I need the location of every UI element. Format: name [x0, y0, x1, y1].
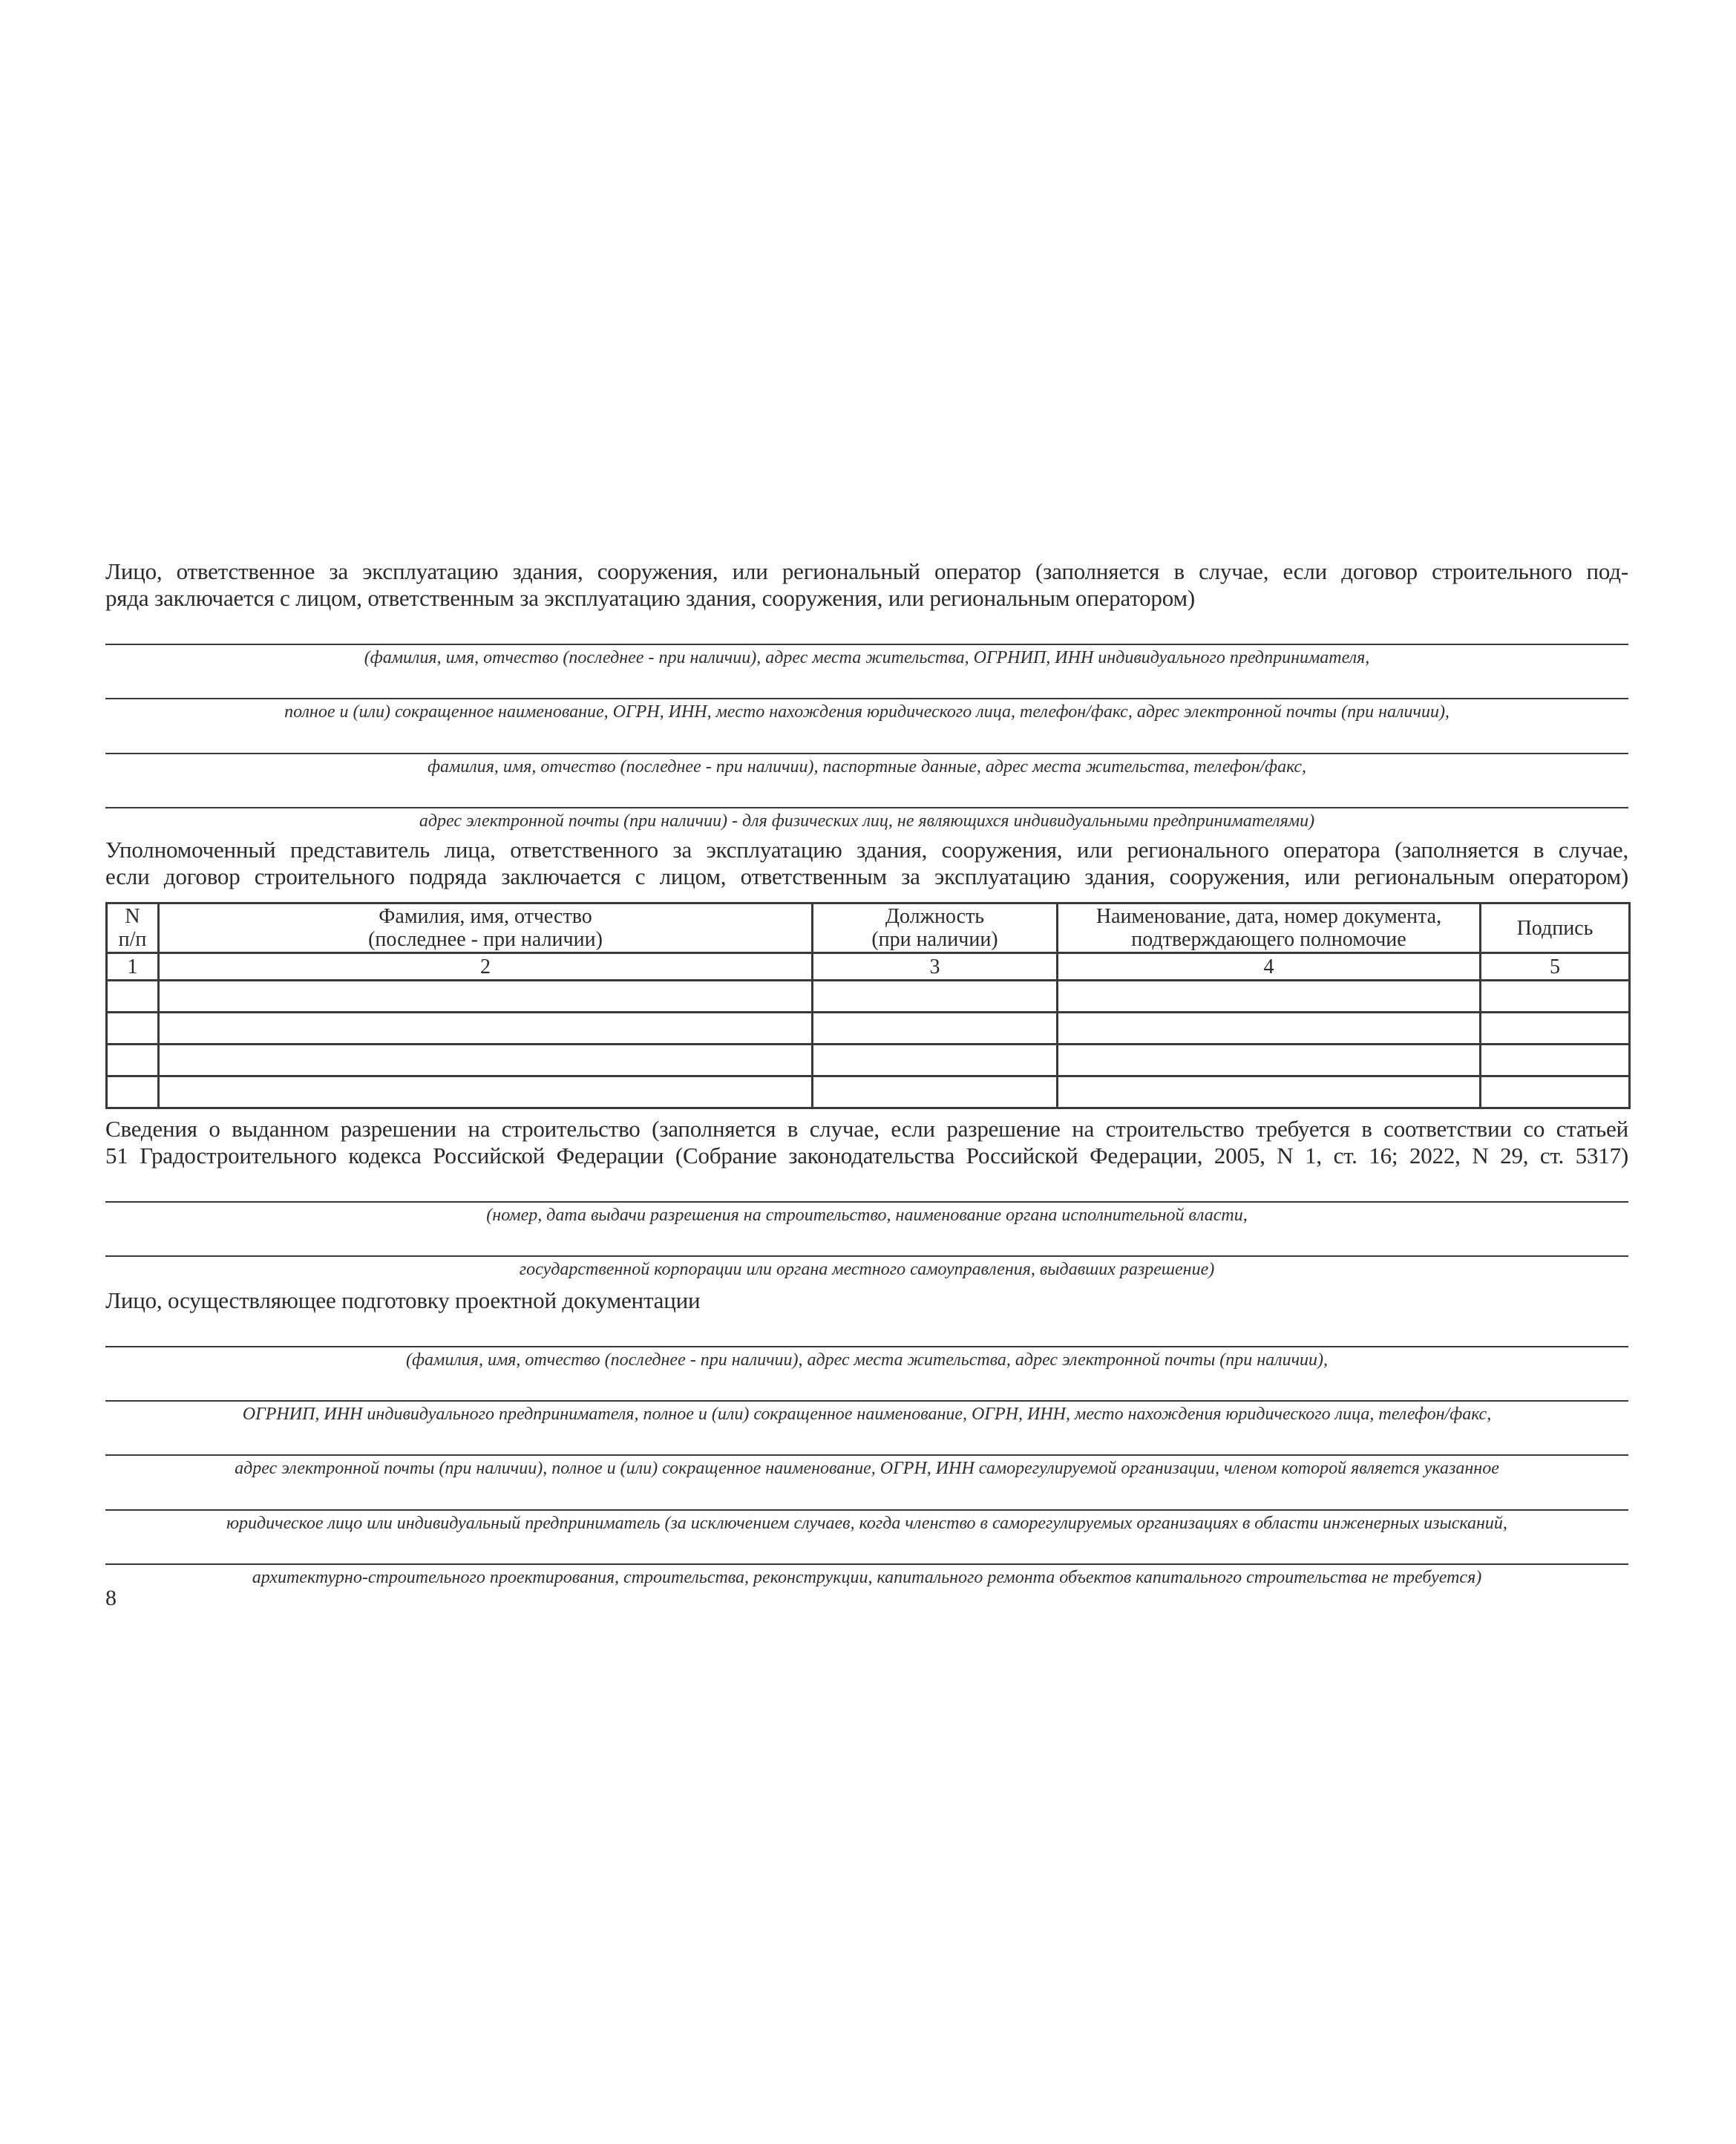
table-cell[interactable]: [1481, 981, 1630, 1013]
table-cell[interactable]: [159, 1045, 813, 1076]
operator-section-heading: Лицо, ответственное за эксплуатацию здан…: [105, 558, 1628, 612]
operator-fill-line-3[interactable]: [105, 753, 1628, 754]
table-header-row: N п/п Фамилия, имя, отчество (последнее …: [107, 903, 1630, 953]
table-cell[interactable]: [107, 1076, 159, 1108]
table-row: [107, 981, 1630, 1013]
permit-fill-line-1[interactable]: [105, 1201, 1628, 1203]
table-cell[interactable]: [813, 1045, 1058, 1076]
permit-fill-line-2[interactable]: [105, 1255, 1628, 1257]
designer-caption-1: (фамилия, имя, отчество (последнее - при…: [105, 1350, 1628, 1370]
table-cell[interactable]: [107, 1013, 159, 1045]
table-row: [107, 1076, 1630, 1108]
heading-line: Лицо, осуществляющее подготовку проектно…: [105, 1287, 1628, 1314]
heading-line: Сведения о выданном разрешении на строит…: [105, 1116, 1628, 1143]
column-number: 4: [1058, 953, 1481, 981]
designer-caption-4: юридическое лицо или индивидуальный пред…: [105, 1513, 1628, 1534]
designer-section-heading: Лицо, осуществляющее подготовку проектно…: [105, 1287, 1628, 1314]
table-cell[interactable]: [1481, 1013, 1630, 1045]
column-number-row: 1 2 3 4 5: [107, 953, 1630, 981]
designer-fill-line-1[interactable]: [105, 1346, 1628, 1347]
column-number: 2: [159, 953, 813, 981]
designer-fill-line-4[interactable]: [105, 1509, 1628, 1511]
operator-fill-line-1[interactable]: [105, 644, 1628, 645]
column-number: 5: [1481, 953, 1630, 981]
header-cell-authority-document: Наименование, дата, номер документа, под…: [1058, 903, 1481, 953]
designer-caption-2: ОГРНИП, ИНН индивидуального предпринимат…: [105, 1404, 1628, 1425]
designer-caption-3: адрес электронной почты (при наличии), п…: [105, 1458, 1628, 1479]
table-cell[interactable]: [107, 981, 159, 1013]
permit-section-heading: Сведения о выданном разрешении на строит…: [105, 1116, 1628, 1169]
operator-caption-3: фамилия, имя, отчество (последнее - при …: [105, 756, 1628, 777]
table-cell[interactable]: [813, 981, 1058, 1013]
table-cell[interactable]: [1058, 1013, 1481, 1045]
table-cell[interactable]: [1058, 1076, 1481, 1108]
table-cell[interactable]: [813, 1076, 1058, 1108]
permit-caption-1: (номер, дата выдачи разрешения на строит…: [105, 1205, 1628, 1226]
operator-caption-4: адрес электронной почты (при наличии) - …: [105, 811, 1628, 831]
header-cell-position: Должность (при наличии): [813, 903, 1058, 953]
table-cell[interactable]: [813, 1013, 1058, 1045]
heading-line: если договор строительного подряда заклю…: [105, 863, 1628, 890]
designer-caption-5: архитектурно-строительного проектировани…: [105, 1567, 1628, 1588]
operator-fill-line-2[interactable]: [105, 698, 1628, 699]
column-number: 3: [813, 953, 1058, 981]
representative-table: N п/п Фамилия, имя, отчество (последнее …: [105, 902, 1631, 1109]
designer-fill-line-5[interactable]: [105, 1563, 1628, 1565]
heading-line: 51 Градостроительного кодекса Российской…: [105, 1143, 1628, 1169]
column-number: 1: [107, 953, 159, 981]
table-row: [107, 1013, 1630, 1045]
designer-fill-line-3[interactable]: [105, 1454, 1628, 1456]
permit-caption-2: государственной корпорации или органа ме…: [105, 1259, 1628, 1280]
representative-section-heading: Уполномоченный представитель лица, ответ…: [105, 837, 1628, 890]
table-cell[interactable]: [107, 1045, 159, 1076]
table-cell[interactable]: [1058, 1045, 1481, 1076]
table-cell[interactable]: [1481, 1045, 1630, 1076]
page-number: 8: [105, 1586, 117, 1611]
header-cell-signature: Подпись: [1481, 903, 1630, 953]
heading-line: ряда заключается с лицом, ответственным …: [105, 585, 1628, 612]
heading-line: Уполномоченный представитель лица, ответ…: [105, 837, 1628, 863]
table-cell[interactable]: [159, 981, 813, 1013]
table-cell[interactable]: [159, 1013, 813, 1045]
table-cell[interactable]: [1481, 1076, 1630, 1108]
operator-caption-2: полное и (или) сокращенное наименование,…: [105, 702, 1628, 722]
heading-line: Лицо, ответственное за эксплуатацию здан…: [105, 558, 1628, 585]
header-cell-full-name: Фамилия, имя, отчество (последнее - при …: [159, 903, 813, 953]
table-row: [107, 1045, 1630, 1076]
operator-caption-1: (фамилия, имя, отчество (последнее - при…: [105, 647, 1628, 668]
operator-fill-line-4[interactable]: [105, 807, 1628, 808]
header-cell-number: N п/п: [107, 903, 159, 953]
table-cell[interactable]: [1058, 981, 1481, 1013]
designer-fill-line-2[interactable]: [105, 1400, 1628, 1402]
table-cell[interactable]: [159, 1076, 813, 1108]
